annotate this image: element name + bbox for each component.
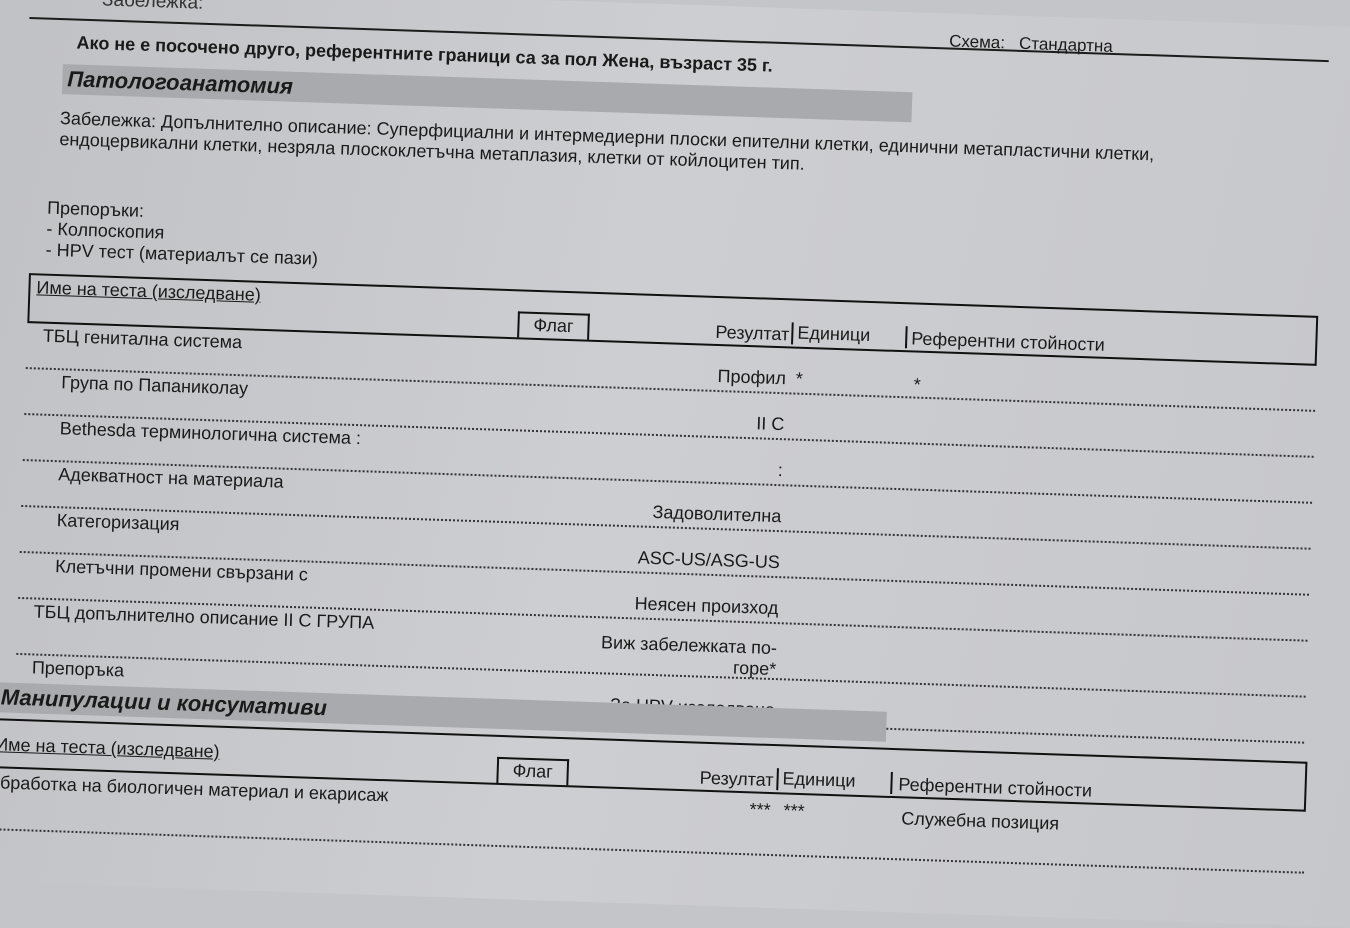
test-name: Клетъчни промени свързани с — [55, 556, 308, 585]
test-units: *** — [783, 800, 805, 822]
pathology-results-table: Име на теста (изследване) Флаг Резултат … — [15, 273, 1318, 744]
test-result: Виж забележката по- горе* — [576, 631, 777, 680]
top-note-label: Забележка: — [102, 0, 204, 15]
column-header-units: Единици — [791, 322, 908, 348]
pathology-note: Забележка: Допълнително описание: Суперф… — [59, 108, 1154, 186]
recommendations: Препоръки: - Колпоскопия - HPV тест (мат… — [45, 198, 319, 270]
table-body: ТБЦ генитална системаПрофил**Група по Па… — [15, 323, 1317, 744]
column-header-name: Име на теста (изследване) — [0, 734, 220, 762]
column-header-flag: Флаг — [496, 757, 569, 785]
column-header-flag: Флаг — [517, 311, 590, 339]
test-name: Препоръка — [32, 657, 125, 681]
test-result: ASC-US/ASG-US — [580, 546, 781, 574]
test-name: Група по Папаниколау — [61, 372, 248, 399]
test-name: Адекватност на материала — [58, 464, 284, 492]
test-result: : — [583, 454, 784, 482]
column-header-name: Име на теста (изследване) — [36, 277, 261, 305]
test-reference: Служебна позиция — [901, 808, 1059, 833]
test-reference: * — [913, 375, 921, 396]
column-header-result: Резултат — [589, 318, 790, 346]
test-result: Профил — [586, 362, 787, 390]
test-result: Задоволителна — [581, 500, 782, 528]
test-result: Неясен произход — [578, 592, 779, 620]
top-right-text: маа — [1075, 0, 1104, 5]
column-header-units: Единици — [776, 768, 893, 794]
test-name: Категоризация — [56, 510, 179, 535]
column-header-reference: Референтни стойности — [911, 328, 1105, 355]
column-header-result: Резултат — [573, 763, 774, 791]
test-result: *** — [570, 793, 771, 821]
test-units: * — [796, 369, 804, 390]
column-header-reference: Референтни стойности — [898, 774, 1092, 801]
test-name: ТБЦ генитална система — [43, 326, 243, 354]
lab-report-page: Забележка: маа Схема:Стандартна Ако не е… — [0, 0, 1350, 833]
test-result: II C — [584, 408, 785, 436]
